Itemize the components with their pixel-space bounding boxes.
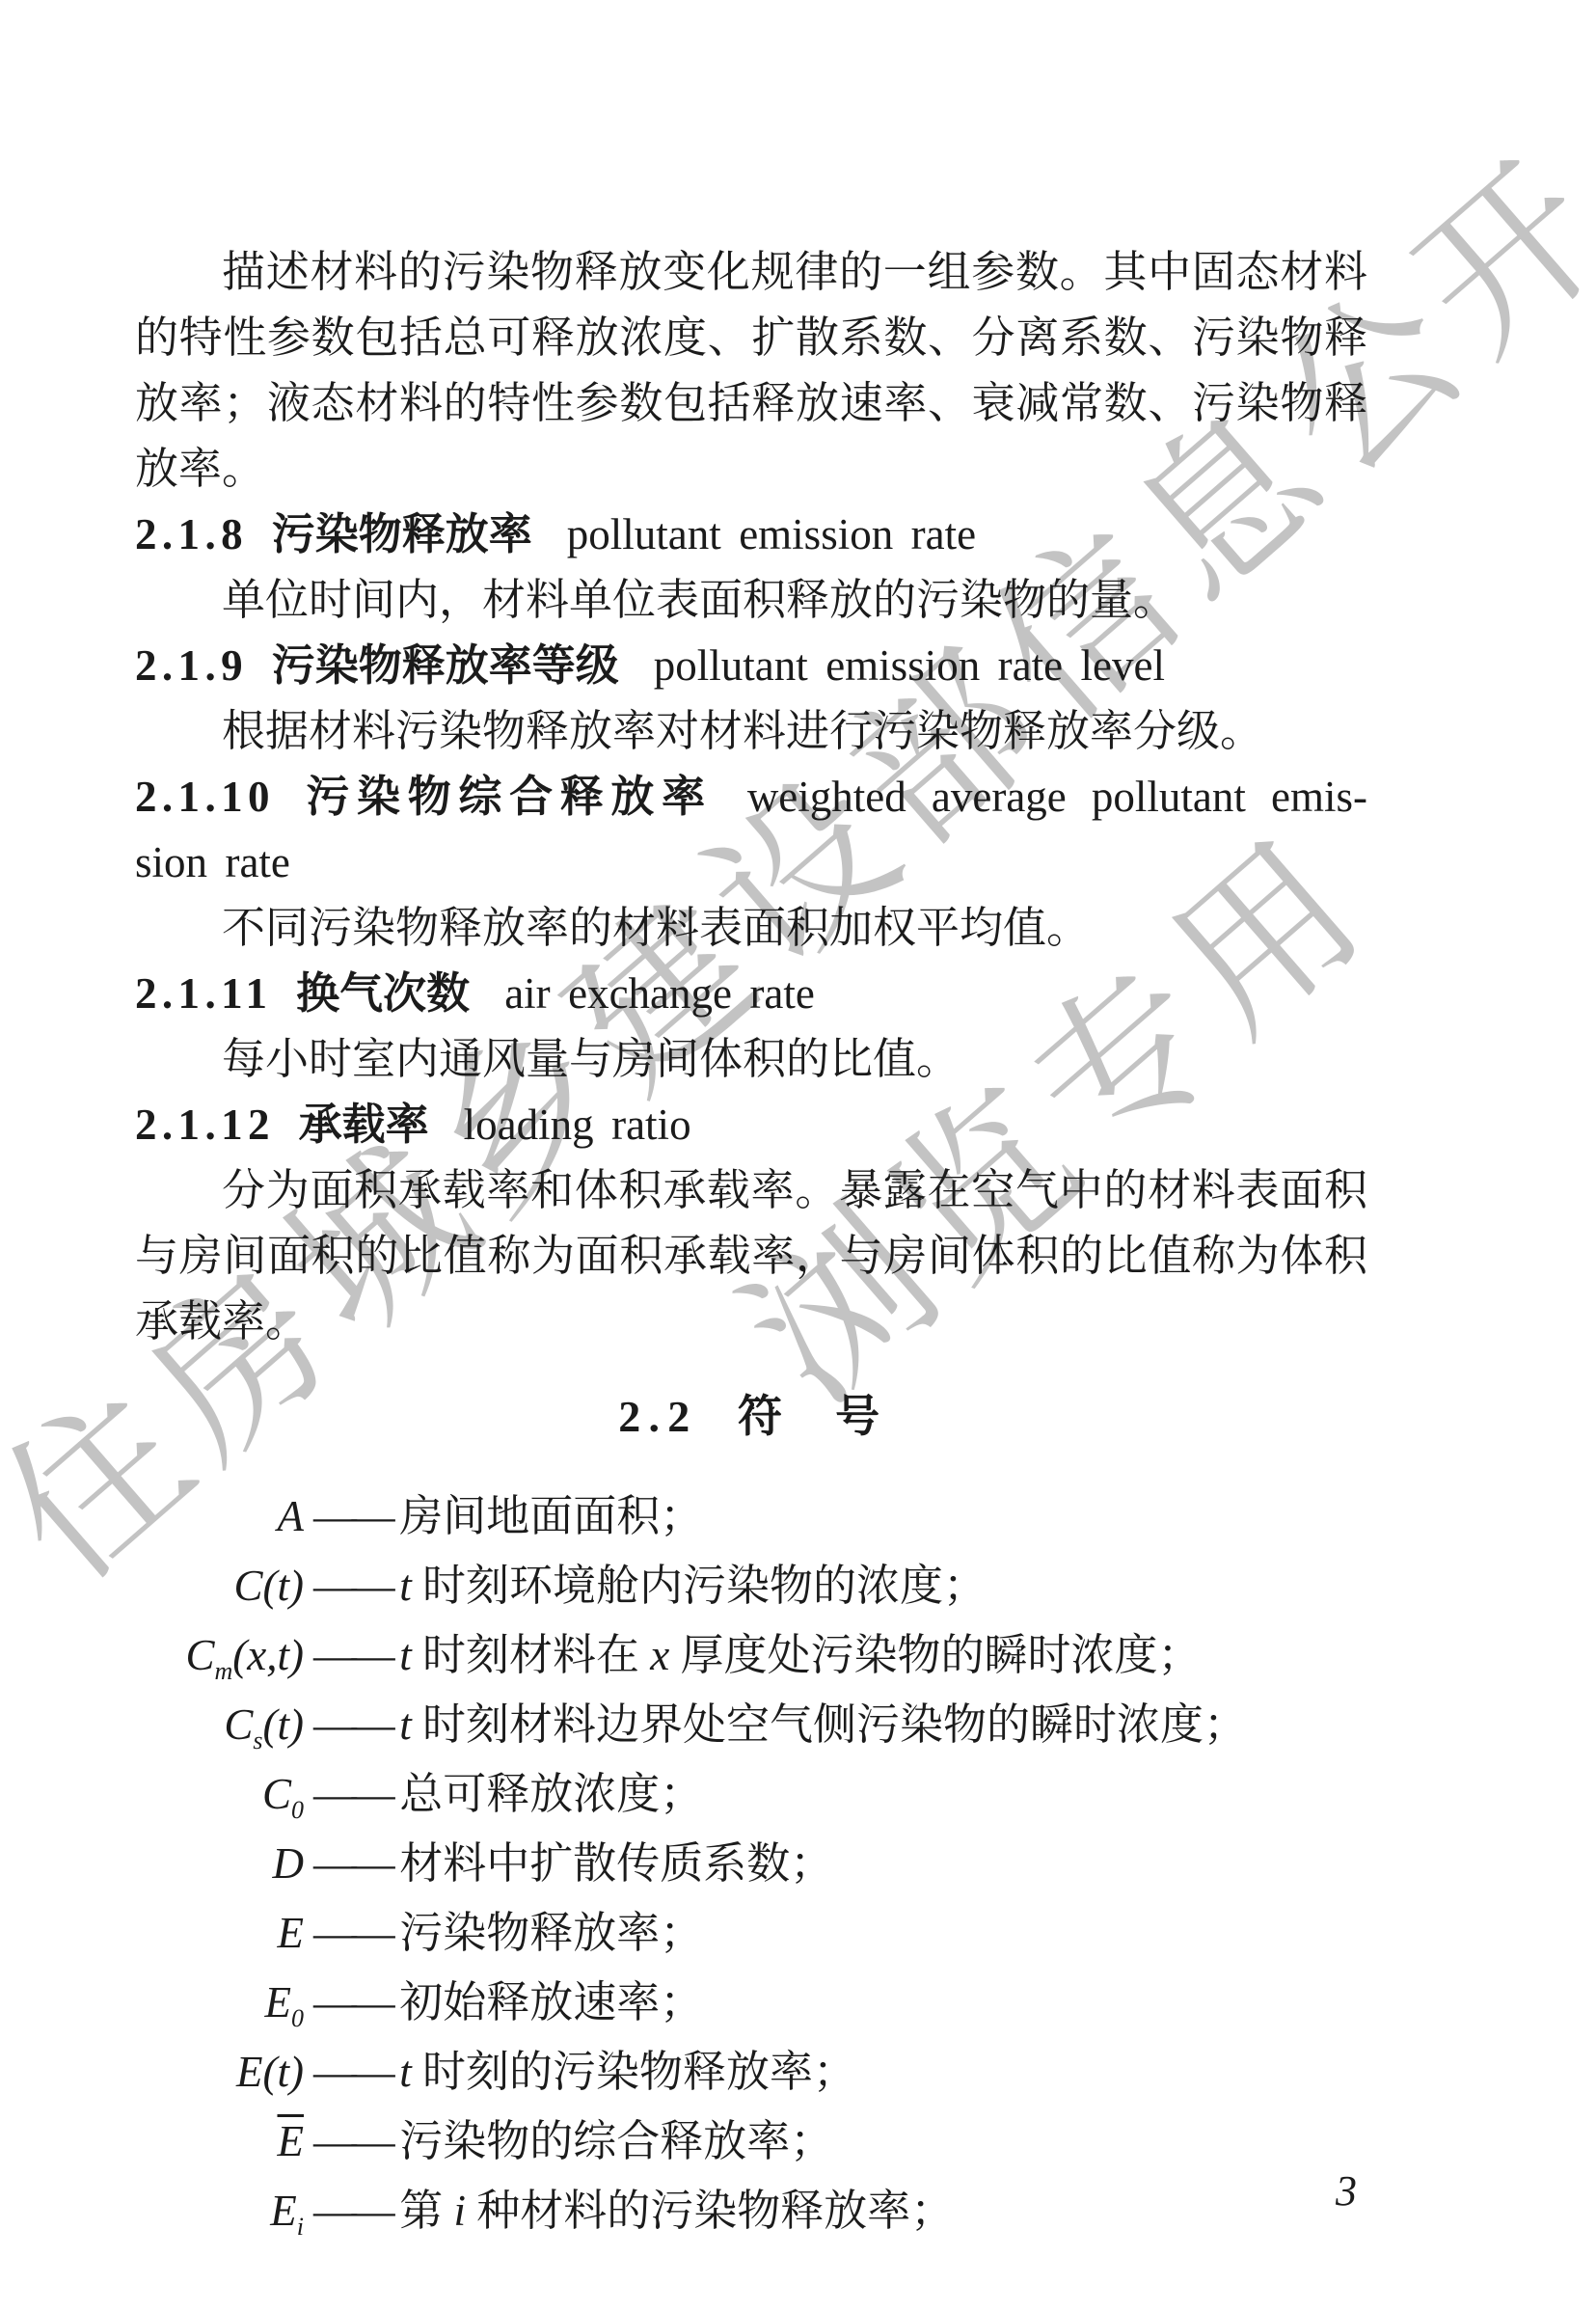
page-content: 描述材料的污染物释放变化规律的一组参数。其中固态材料的特性参数包括总可释放浓度、…	[135, 239, 1367, 2245]
symbol-name: Cm(x,t)	[135, 1620, 304, 1690]
term-title-zh: 换气次数	[296, 968, 470, 1018]
em-dash: ——	[313, 1620, 390, 1690]
symbol-name: E	[135, 2107, 304, 2176]
symbol-description: 第 i 种材料的污染物释放率；	[399, 2176, 954, 2245]
symbol-description: 污染物释放率；	[399, 1898, 703, 1968]
term-definition: 不同污染物释放率的材料表面积加权平均值。	[135, 895, 1367, 961]
term-heading: 2.1.9污染物释放率等级pollutant emission rate lev…	[135, 633, 1367, 698]
symbol-row: D —— 材料中扩散传质系数；	[135, 1829, 1367, 1898]
symbol-name: E	[135, 1898, 304, 1968]
symbol-description: t 时刻环境舱内污染物的浓度；	[399, 1551, 987, 1620]
term-title-en-continuation: sion rate	[135, 829, 1367, 895]
document-page: 住房城乡建设部信息公开 浏览专用 描述材料的污染物释放变化规律的一组参数。其中固…	[0, 0, 1596, 2311]
symbol-name: Cs(t)	[135, 1690, 304, 1759]
symbol-row: C0 —— 总可释放浓度；	[135, 1759, 1367, 1829]
term-heading: 2.1.8污染物释放率pollutant emission rate	[135, 502, 1367, 567]
term-title-zh: 污染物综合释放率	[299, 772, 713, 821]
term-2-1-8: 2.1.8污染物释放率pollutant emission rate 单位时间内…	[135, 502, 1367, 633]
section-title: 符 号	[738, 1391, 884, 1441]
symbol-name: Ei	[135, 2176, 304, 2245]
symbol-row: E0 —— 初始释放速率；	[135, 1968, 1367, 2037]
symbol-row: Cs(t) —— t 时刻材料边界处空气侧污染物的瞬时浓度；	[135, 1690, 1367, 1759]
em-dash: ——	[313, 1968, 390, 2037]
section-number: 2.2	[618, 1392, 697, 1441]
symbol-name: E(t)	[135, 2037, 304, 2107]
symbol-list: A —— 房间地面面积； C(t) —— t 时刻环境舱内污染物的浓度； Cm(…	[135, 1482, 1367, 2245]
term-title-en: loading ratio	[464, 1101, 691, 1149]
em-dash: ——	[313, 1482, 390, 1551]
term-title-en: air exchange rate	[504, 969, 815, 1018]
term-number: 2.1.10	[135, 773, 275, 821]
term-title-zh: 污染物释放率等级	[272, 640, 619, 690]
symbol-description: t 时刻的污染物释放率；	[399, 2037, 856, 2107]
page-number: 3	[1336, 2159, 1357, 2224]
symbol-description: 材料中扩散传质系数；	[399, 1829, 833, 1898]
symbol-name: C0	[135, 1759, 304, 1829]
symbol-row: C(t) —— t 时刻环境舱内污染物的浓度；	[135, 1551, 1367, 1620]
symbol-name: D	[135, 1829, 304, 1898]
term-2-1-11: 2.1.11换气次数air exchange rate 每小时室内通风量与房间体…	[135, 961, 1367, 1092]
em-dash: ——	[313, 2176, 390, 2245]
term-heading: 2.1.11换气次数air exchange rate	[135, 961, 1367, 1026]
em-dash: ——	[313, 1829, 390, 1898]
em-dash: ——	[313, 1898, 390, 1968]
symbol-name: C(t)	[135, 1551, 304, 1620]
term-number: 2.1.11	[135, 969, 272, 1018]
symbol-row: A —— 房间地面面积；	[135, 1482, 1367, 1551]
term-heading: 2.1.12承载率loading ratio	[135, 1092, 1367, 1157]
symbol-description: 污染物的综合释放率；	[399, 2107, 833, 2176]
em-dash: ——	[313, 2037, 390, 2107]
symbol-name: E0	[135, 1968, 304, 2037]
symbol-row: E(t) —— t 时刻的污染物释放率；	[135, 2037, 1367, 2107]
term-title-en: pollutant emission rate level	[654, 641, 1165, 690]
intro-paragraph: 描述材料的污染物释放变化规律的一组参数。其中固态材料的特性参数包括总可释放浓度、…	[135, 239, 1367, 502]
symbol-name: A	[135, 1482, 304, 1551]
em-dash: ——	[313, 2107, 390, 2176]
term-2-1-9: 2.1.9污染物释放率等级pollutant emission rate lev…	[135, 633, 1367, 764]
term-definition: 每小时室内通风量与房间体积的比值。	[135, 1026, 1367, 1092]
symbol-row: Cm(x,t) —— t 时刻材料在 x 厚度处污染物的瞬时浓度；	[135, 1620, 1367, 1690]
symbol-description: 初始释放速率；	[399, 1968, 703, 2037]
term-heading: 2.1.10污染物综合释放率weighted average pollutant…	[135, 764, 1367, 829]
symbol-description: 总可释放浓度；	[399, 1759, 703, 1829]
symbol-description: 房间地面面积；	[399, 1482, 703, 1551]
term-number: 2.1.8	[135, 510, 248, 558]
term-number: 2.1.12	[135, 1101, 275, 1149]
term-title-en: pollutant emission rate	[567, 510, 976, 558]
term-title-zh: 污染物释放率	[272, 509, 532, 558]
term-definition: 单位时间内，材料单位表面积释放的污染物的量。	[135, 567, 1367, 633]
em-dash: ——	[313, 1759, 390, 1829]
symbol-description: t 时刻材料边界处空气侧污染物的瞬时浓度；	[399, 1690, 1247, 1759]
em-dash: ——	[313, 1690, 390, 1759]
symbol-description: t 时刻材料在 x 厚度处污染物的瞬时浓度；	[399, 1620, 1201, 1690]
term-definition: 根据材料污染物释放率对材料进行污染物释放率分级。	[135, 698, 1367, 764]
term-2-1-10: 2.1.10污染物综合释放率weighted average pollutant…	[135, 764, 1367, 961]
term-definition: 分为面积承载率和体积承载率。暴露在空气中的材料表面积与房间面积的比值称为面积承载…	[135, 1157, 1367, 1354]
em-dash: ——	[313, 1551, 390, 1620]
symbol-row: E —— 污染物的综合释放率；	[135, 2107, 1367, 2176]
symbol-row: E —— 污染物释放率；	[135, 1898, 1367, 1968]
term-title-zh: 承载率	[299, 1100, 429, 1149]
term-title-en: weighted average pollutant emis-	[747, 773, 1367, 821]
term-number: 2.1.9	[135, 641, 248, 690]
symbols-section-heading: 2.2符 号	[135, 1383, 1367, 1450]
term-2-1-12: 2.1.12承载率loading ratio 分为面积承载率和体积承载率。暴露在…	[135, 1092, 1367, 1354]
symbol-row: Ei —— 第 i 种材料的污染物释放率；	[135, 2176, 1367, 2245]
